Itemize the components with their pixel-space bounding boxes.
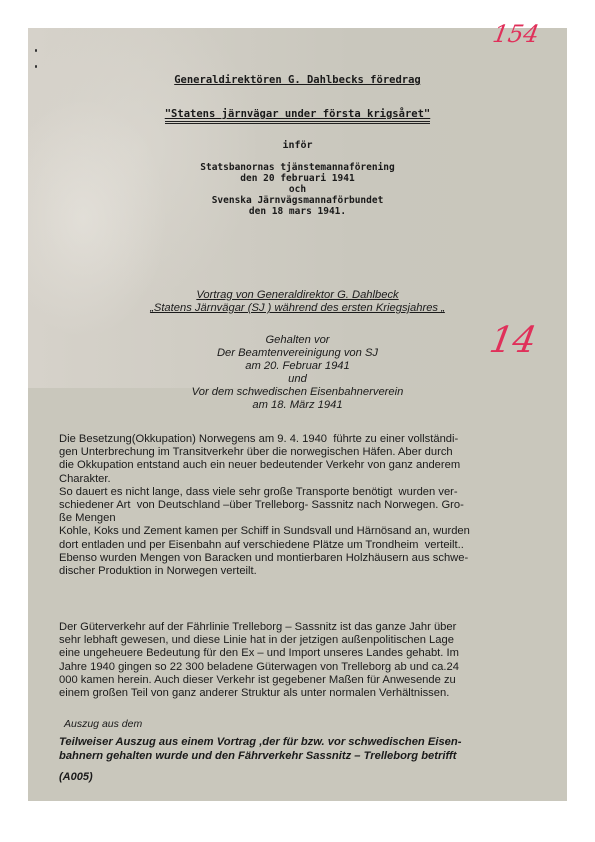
text-line: schiedener Art von Deutschland –über Tre… xyxy=(59,499,519,512)
text-line: Kohle, Koks und Zement kamen per Schiff … xyxy=(59,525,519,538)
typed-heading: Generaldirektören G. Dahlbecks föredrag xyxy=(28,74,567,86)
text-line: Charakter. xyxy=(59,473,519,486)
text-line: eine ungeheuere Bedeutung für den Ex – u… xyxy=(59,647,519,660)
audience-line: och xyxy=(28,184,567,195)
text-line: Jahre 1940 gingen so 22 300 beladene Güt… xyxy=(59,661,519,674)
typed-audience: Statsbanornas tjänstemannaförening den 2… xyxy=(28,162,567,217)
paragraph-occupation: Die Besetzung(Okkupation) Norwegens am 9… xyxy=(59,433,519,578)
typed-title: "Statens järnvägar under första krigsåre… xyxy=(28,108,567,120)
text-line: Der Güterverkehr auf der Fährlinie Trell… xyxy=(59,621,519,634)
text-line: 000 kamen herein. Auch dieser Verkehr is… xyxy=(59,674,519,687)
held-line: Vor dem schwedischen Eisenbahnerverein xyxy=(28,386,567,399)
text-line: die Okkupation entstand auch ein neuer b… xyxy=(59,459,519,472)
text-line: discher Produktion in Norwegen verteilt. xyxy=(59,565,519,578)
punch-mark xyxy=(35,49,37,52)
held-line: und xyxy=(28,373,567,386)
text-line: ße Mengen xyxy=(59,512,519,525)
text-line: gen Unterbrechung im Transitverkehr über… xyxy=(59,446,519,459)
punch-mark xyxy=(35,65,37,68)
excerpt-line: Teilweiser Auszug aus einem Vortrag ,der… xyxy=(59,735,461,749)
text-line: Ebenso wurden Mengen von Baracken und mo… xyxy=(59,552,519,565)
text-line: Die Besetzung(Okkupation) Norwegens am 9… xyxy=(59,433,519,446)
held-line: am 18. März 1941 xyxy=(28,399,567,412)
translation-title-line: „Statens Järnvägar (SJ ) während des ers… xyxy=(150,302,445,315)
excerpt-note: Teilweiser Auszug aus einem Vortrag ,der… xyxy=(59,735,461,763)
held-before-block: Gehalten vor Der Beamtenvereinigung von … xyxy=(28,334,567,412)
text-line: sehr lebhaft gewesen, und diese Linie ha… xyxy=(59,634,519,647)
audience-line: Statsbanornas tjänstemannaförening xyxy=(28,162,567,173)
handwritten-page-number: 154 xyxy=(491,20,542,48)
text-line: einem großen Teil von ganz anderer Struk… xyxy=(59,687,519,700)
held-line: Der Beamtenvereinigung von SJ xyxy=(28,347,567,360)
text-line: dort entladen und per Eisenbahn auf vers… xyxy=(59,539,519,552)
audience-line: Svenska Järnvägsmannaförbundet xyxy=(28,195,567,206)
translation-title: Vortrag von Generaldirektor G. Dahlbeck … xyxy=(28,289,567,315)
audience-line: den 18 mars 1941. xyxy=(28,206,567,217)
audience-line: den 20 februari 1941 xyxy=(28,173,567,184)
excerpt-label: Auszug aus dem xyxy=(64,718,142,730)
translation-title-line: Vortrag von Generaldirektor G. Dahlbeck xyxy=(196,289,398,302)
excerpt-line: bahnern gehalten wurde und den Fährverke… xyxy=(59,749,461,763)
held-line: am 20. Februar 1941 xyxy=(28,360,567,373)
reference-code: (A005) xyxy=(59,771,93,783)
text-line: So dauert es nicht lange, dass viele seh… xyxy=(59,486,519,499)
held-line: Gehalten vor xyxy=(28,334,567,347)
typed-infor: inför xyxy=(28,140,567,151)
paragraph-ferry-traffic: Der Güterverkehr auf der Fährlinie Trell… xyxy=(59,621,519,700)
document-page: Generaldirektören G. Dahlbecks föredrag … xyxy=(28,28,567,801)
